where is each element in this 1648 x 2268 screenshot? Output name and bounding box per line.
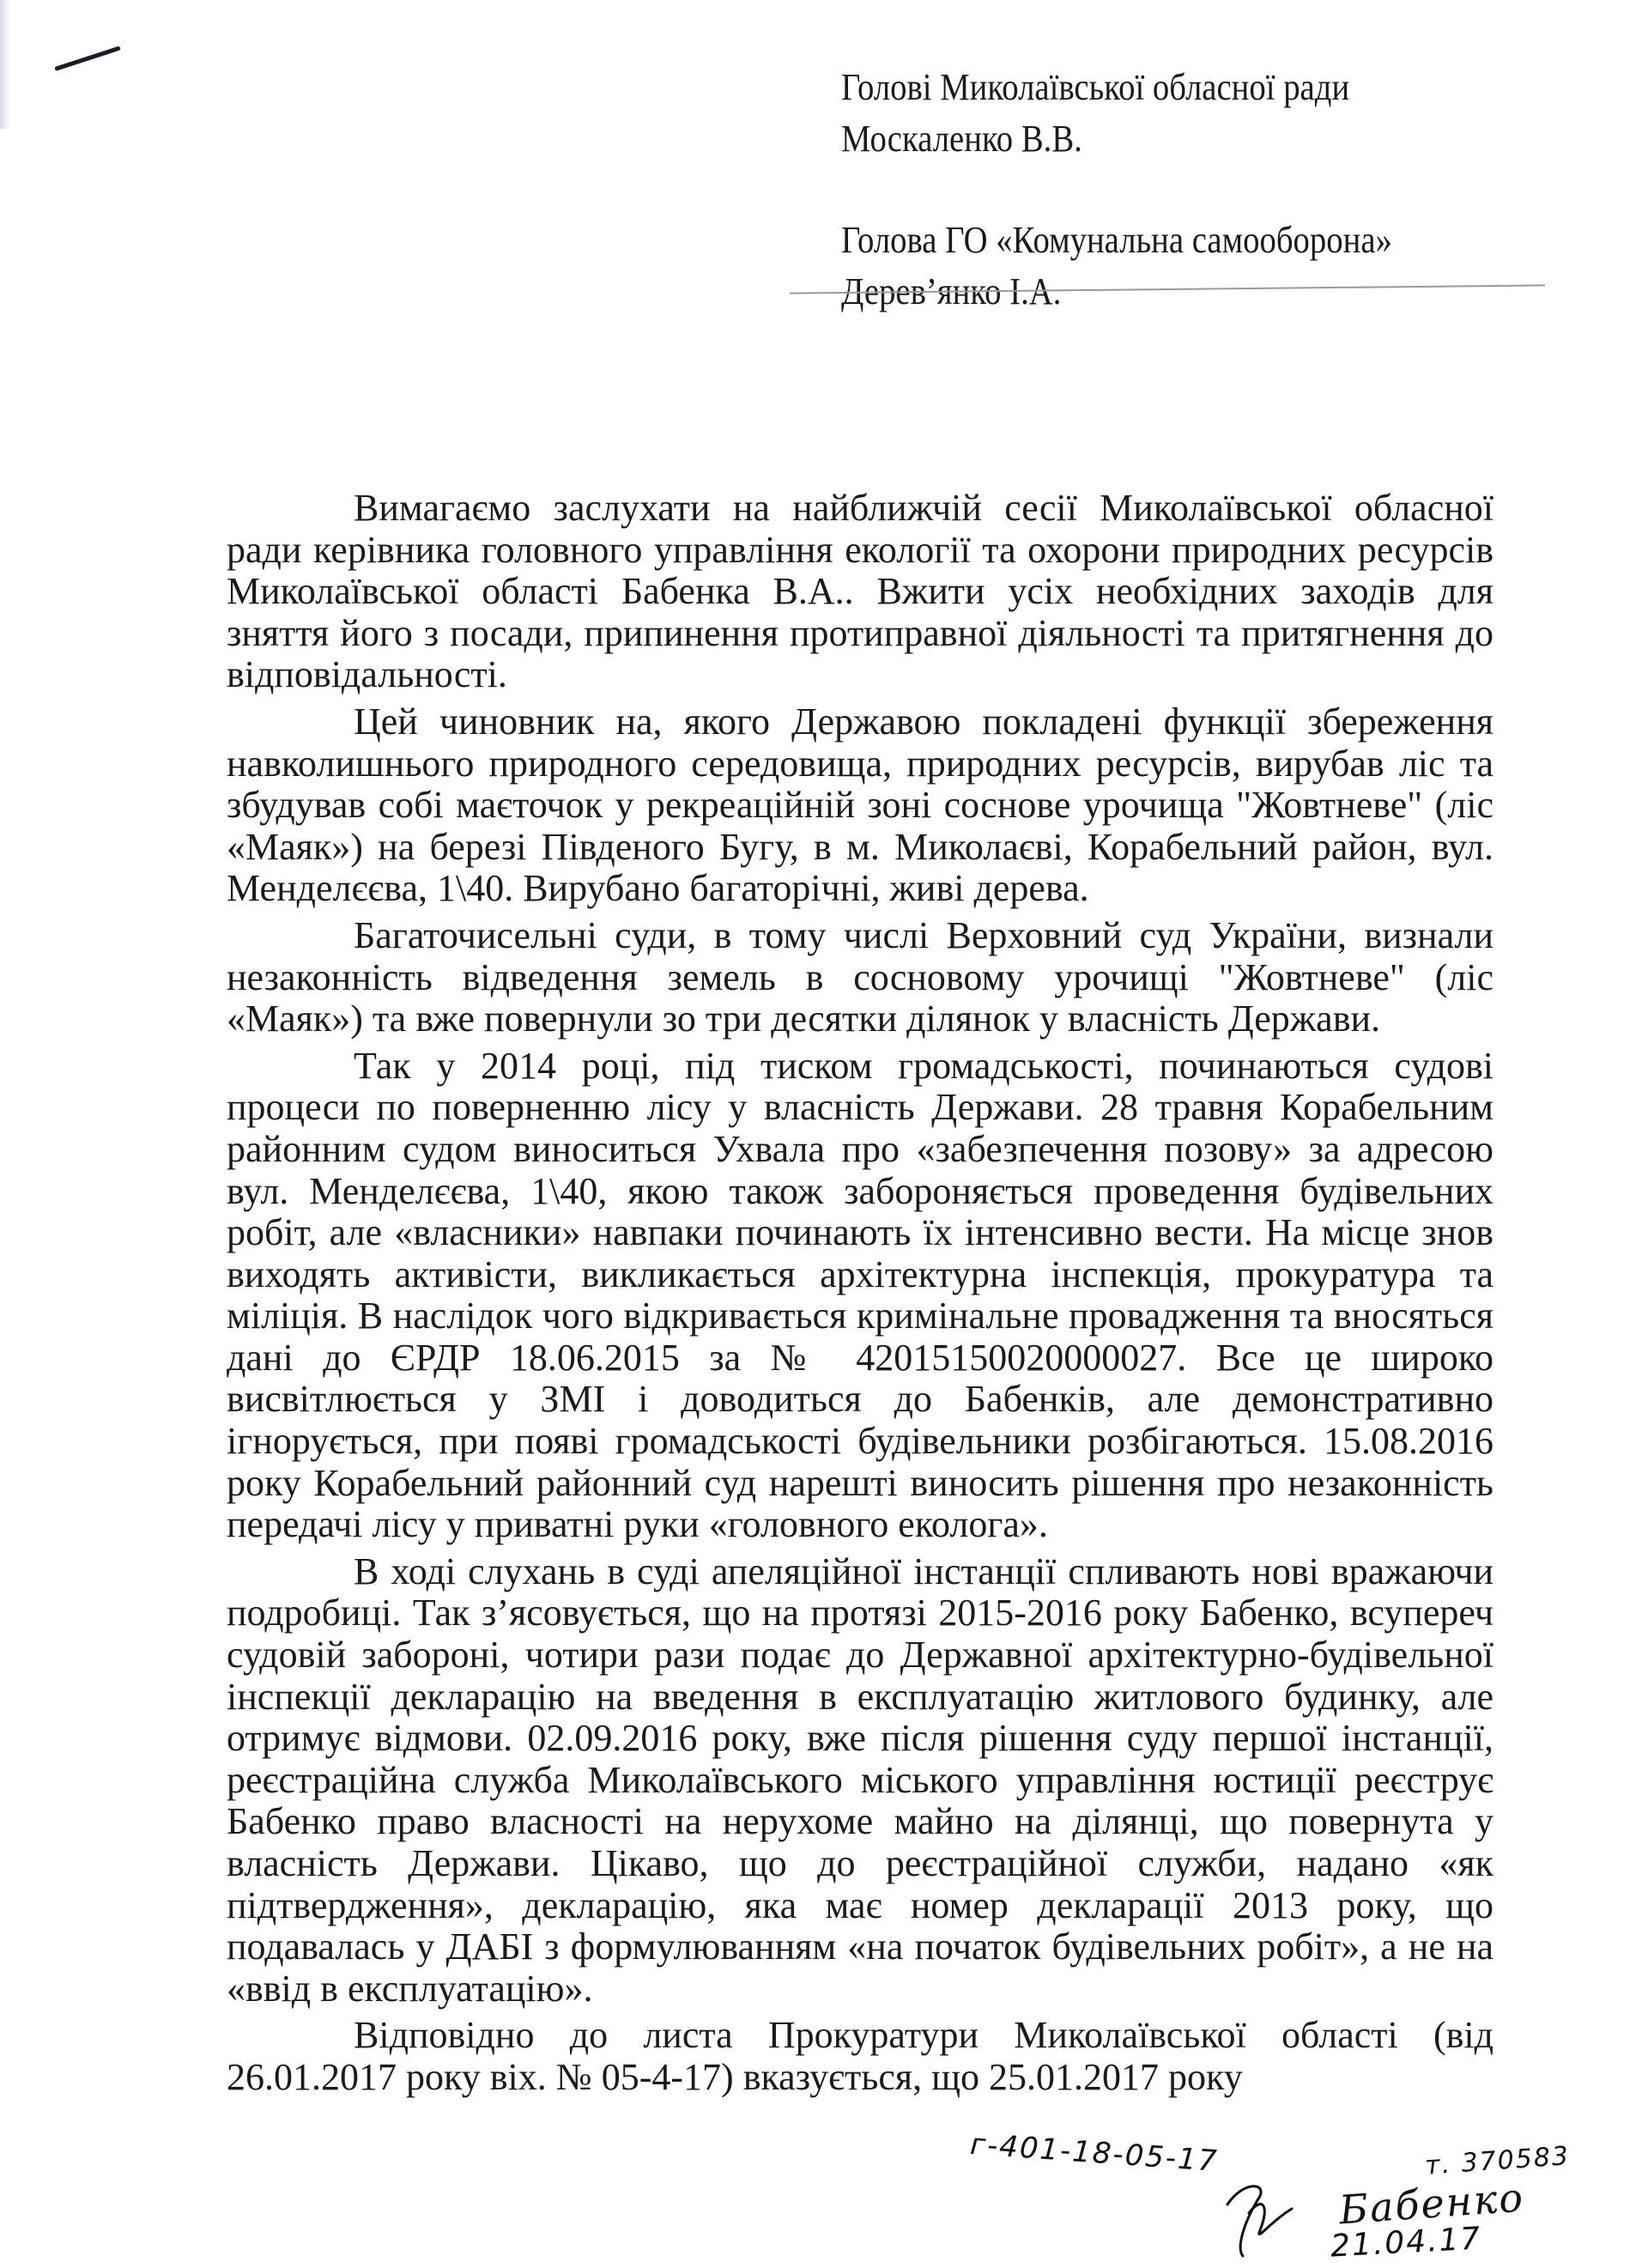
signature-date: 21.04.17 [1330,2221,1482,2264]
sender: Голова ГО «Комунальна самооборона» Дерев… [841,215,1521,318]
letter-body: Вимагаємо заслухати на найближчій сесії … [227,488,1493,2104]
scan-edge-shadow [0,0,10,129]
recipient: Голові Миколаївської обласної ради Моска… [841,62,1521,165]
recipient-title: Голові Миколаївської обласної ради [841,62,1521,113]
addressee-block: Голові Миколаївської обласної ради Моска… [841,62,1521,367]
pen-mark [54,45,121,70]
signature-icon [1210,2170,1305,2265]
recipient-name: Москаленко В.В. [841,113,1521,165]
registration-number: г-401-18-05-17 [969,2127,1220,2179]
sender-title: Голова ГО «Комунальна самооборона» [841,215,1521,266]
paragraph: Цей чиновник на, якого Державою покладен… [227,701,1493,910]
paragraph: Вимагаємо заслухати на найближчій сесії … [227,488,1493,696]
paragraph: Так у 2014 році, під тиском громадськост… [227,1046,1493,1546]
paragraph: Багаточисельні суди, в тому числі Верхов… [227,915,1493,1040]
paragraph: В ході слухань в суді апеляційної інстан… [227,1551,1493,2010]
paragraph: Відповідно до листа Прокуратури Миколаїв… [227,2015,1493,2098]
